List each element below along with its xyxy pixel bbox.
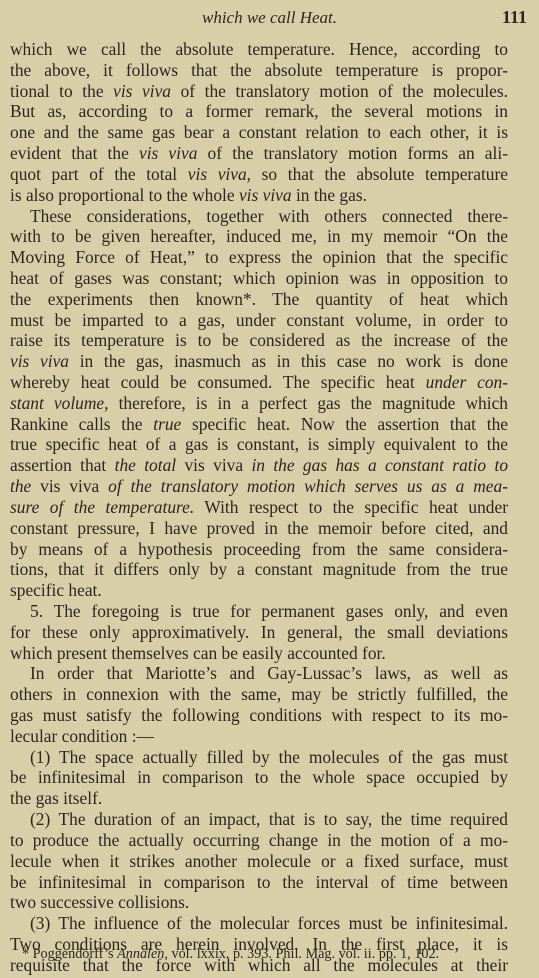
text-line: In order that Mariotte’s and Gay-Lussac’…: [10, 663, 508, 684]
line-text: lecular condition :—: [10, 726, 154, 746]
line-text-pre: tional to the: [10, 81, 113, 101]
line-text: the above, it follows that the absolute …: [10, 60, 508, 80]
text-line: others in connexion with the same, may b…: [10, 684, 508, 705]
line-italic: under con-: [426, 372, 508, 392]
running-title: which we call Heat.: [10, 8, 529, 28]
text-line: 5. The foregoing is true for permanent g…: [10, 601, 508, 622]
line-text: raise its temperature is to be considere…: [10, 330, 508, 350]
line-text-post: vis viva: [176, 455, 251, 475]
text-line: the above, it follows that the absolute …: [10, 60, 508, 81]
text-line: evident that the vis viva of the transla…: [10, 143, 508, 164]
text-line: But as, according to a former remark, th…: [10, 101, 508, 122]
line-text: heat of gases was constant; which opinio…: [10, 268, 508, 288]
line-text-pre: quot part of the total: [10, 164, 188, 184]
line-text-pre: whereby heat could be consumed. The spec…: [10, 372, 426, 392]
text-line: raise its temperature is to be considere…: [10, 330, 508, 351]
line-text: one and the same gas bear a constant rel…: [10, 122, 508, 142]
line-text: must be imparted to a gas, under constan…: [10, 310, 508, 330]
line-text: which present themselves can be easily a…: [10, 643, 386, 663]
line-italic: vis viva: [10, 351, 69, 371]
line-text: (1) The space actually filled by the mol…: [30, 747, 508, 767]
line-text: true specific heat of a gas is constant,…: [10, 434, 508, 454]
book-page: which we call Heat. 111 which we call th…: [0, 0, 539, 978]
page-header: which we call Heat. 111: [10, 4, 529, 34]
line-text: constant pressure, I have proved in the …: [10, 518, 508, 538]
line-text: gas must satisfy the following condition…: [10, 705, 508, 725]
text-line: be infinitesimal in comparison to the in…: [10, 872, 508, 893]
text-line: gas must satisfy the following condition…: [10, 705, 508, 726]
line-text-post: in the gas, inasmuch as in this case no …: [69, 351, 508, 371]
text-line: the vis viva of the translatory motion w…: [10, 476, 508, 497]
footnote-text-pre: * Poggendorff’s: [22, 946, 117, 962]
text-line: to produce the actually occurring change…: [10, 830, 508, 851]
text-line: stant volume, therefore, is in a perfect…: [10, 393, 508, 414]
line-text: (2) The duration of an impact, that is t…: [30, 809, 508, 829]
text-line: must be imparted to a gas, under constan…: [10, 310, 508, 331]
line-text: But as, according to a former remark, th…: [10, 101, 508, 121]
text-line: (3) The influence of the molecular force…: [10, 913, 508, 934]
text-line: (1) The space actually filled by the mol…: [10, 747, 508, 768]
text-line: sure of the temperature. With respect to…: [10, 497, 508, 518]
body-text: which we call the absolute temperature. …: [10, 39, 508, 976]
line-text: the experiments then known*. The quantit…: [10, 289, 508, 309]
text-line: tional to the vis viva of the translator…: [10, 81, 508, 102]
line-text: 5. The foregoing is true for permanent g…: [30, 601, 508, 621]
line-italic: the total: [115, 455, 177, 475]
text-line: the gas itself.: [10, 788, 508, 809]
text-line: vis viva in the gas, inasmuch as in this…: [10, 351, 508, 372]
line-italic: vis viva: [239, 185, 292, 205]
text-line: quot part of the total vis viva, so that…: [10, 164, 508, 185]
line-text-post: of the translatory motion of the molecul…: [171, 81, 508, 101]
line-italic: vis viva: [113, 81, 171, 101]
line-italic-2: in the gas has a constant ratio to: [251, 455, 508, 475]
text-line: one and the same gas bear a constant rel…: [10, 122, 508, 143]
line-text-pre: is also proportional to the whole: [10, 185, 239, 205]
line-text: to produce the actually occurring change…: [10, 830, 508, 850]
line-text-post: in the gas.: [292, 185, 367, 205]
line-italic: sure of the temperature.: [10, 497, 194, 517]
text-line: assertion that the total vis viva in the…: [10, 455, 508, 476]
line-text: specific heat.: [10, 580, 102, 600]
line-text: others in connexion with the same, may b…: [10, 684, 508, 704]
text-line: two successive collisions.: [10, 892, 508, 913]
line-text-post: With respect to the specific heat under: [194, 497, 508, 517]
line-text: lecule when it strikes another molecule …: [10, 851, 508, 871]
footnote-text-post: vol. lxxix. p. 393. Phil. Mag. vol. ii. …: [168, 946, 439, 962]
text-line: Rankine calls the true specific heat. No…: [10, 414, 508, 435]
footnote-italic: Annalen,: [117, 946, 168, 962]
text-line: be infinitesimal in comparison to the wh…: [10, 767, 508, 788]
line-text-pre: assertion that: [10, 455, 115, 475]
line-text-post: specific heat. Now the assertion that th…: [181, 414, 508, 434]
line-text: These considerations, together with othe…: [30, 206, 508, 226]
line-italic: true: [153, 414, 181, 434]
line-text: by means of a hypothesis proceeding from…: [10, 539, 508, 559]
line-text: be infinitesimal in comparison to the wh…: [10, 767, 508, 787]
text-line: the experiments then known*. The quantit…: [10, 289, 508, 310]
text-line: constant pressure, I have proved in the …: [10, 518, 508, 539]
line-text-post: of the translatory motion forms an ali-: [197, 143, 508, 163]
text-line: for these only approximatively. In gener…: [10, 622, 508, 643]
text-line: is also proportional to the whole vis vi…: [10, 185, 508, 206]
line-text: with to be given hereafter, induced me, …: [10, 226, 508, 246]
text-line: by means of a hypothesis proceeding from…: [10, 539, 508, 560]
line-text-post: vis viva: [31, 476, 108, 496]
line-text-post: so that the absolute temperature: [251, 164, 508, 184]
line-italic: vis viva,: [188, 164, 251, 184]
line-text: two successive collisions.: [10, 892, 189, 912]
text-line: Moving Force of Heat,” to express the op…: [10, 247, 508, 268]
text-line: whereby heat could be consumed. The spec…: [10, 372, 508, 393]
page-number: 111: [502, 7, 527, 28]
line-text: (3) The influence of the molecular force…: [30, 913, 508, 933]
text-line: lecular condition :—: [10, 726, 508, 747]
text-line: These considerations, together with othe…: [10, 206, 508, 227]
text-line: with to be given hereafter, induced me, …: [10, 226, 508, 247]
line-text: for these only approximatively. In gener…: [10, 622, 508, 642]
line-text: the gas itself.: [10, 788, 102, 808]
line-text: In order that Mariotte’s and Gay-Lussac’…: [30, 663, 508, 683]
line-text: which we call the absolute temperature. …: [10, 39, 508, 59]
text-line: lecule when it strikes another molecule …: [10, 851, 508, 872]
text-line: which present themselves can be easily a…: [10, 643, 508, 664]
line-text-post: therefore, is in a perfect gas the magni…: [109, 393, 508, 413]
line-text-pre: evident that the: [10, 143, 139, 163]
text-line: (2) The duration of an impact, that is t…: [10, 809, 508, 830]
line-text: Moving Force of Heat,” to express the op…: [10, 247, 508, 267]
text-line: tions, that it differs only by a constan…: [10, 559, 508, 580]
footnote: * Poggendorff’s Annalen, vol. lxxix. p. …: [22, 946, 512, 963]
line-italic: vis viva: [139, 143, 197, 163]
text-line: heat of gases was constant; which opinio…: [10, 268, 508, 289]
line-text-pre: Rankine calls the: [10, 414, 153, 434]
text-line: which we call the absolute temperature. …: [10, 39, 508, 60]
line-text: be infinitesimal in comparison to the in…: [10, 872, 508, 892]
line-text: tions, that it differs only by a constan…: [10, 559, 508, 579]
text-line: true specific heat of a gas is constant,…: [10, 434, 508, 455]
line-italic: the: [10, 476, 31, 496]
text-line: specific heat.: [10, 580, 508, 601]
line-italic-2: of the translatory motion which serves u…: [108, 476, 508, 496]
line-italic: stant volume,: [10, 393, 109, 413]
